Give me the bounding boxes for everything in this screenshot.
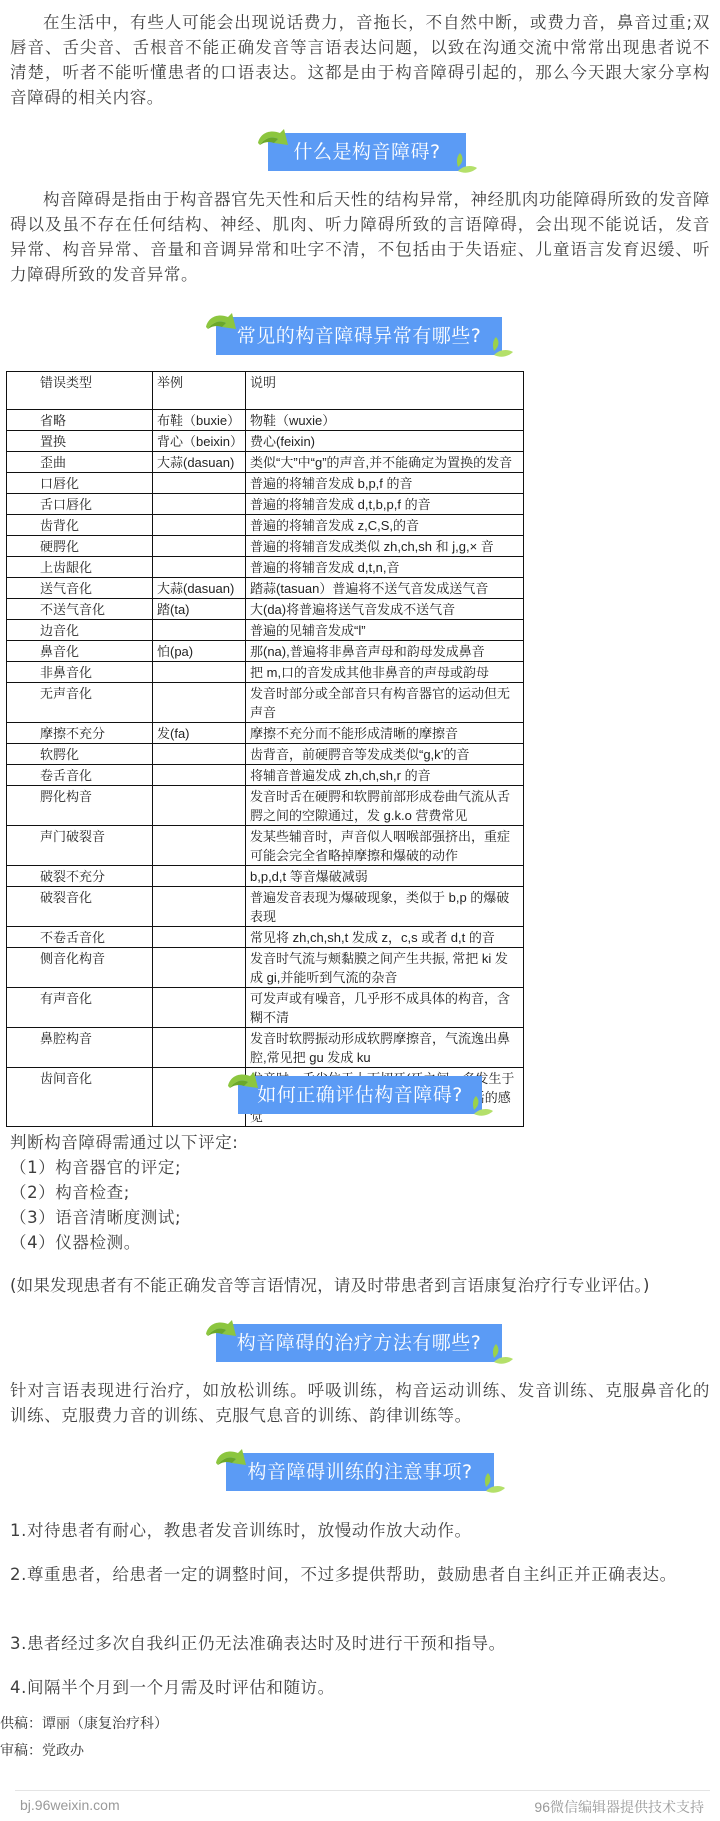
cell-description: 发音时部分或全部音只有构音器官的运动但无声音 (246, 683, 524, 723)
cell-error-type: 齿间音化 (7, 1068, 153, 1127)
table-row: 无声音化发音时部分或全部音只有构音器官的运动但无声音 (7, 683, 524, 723)
assessment-item-3: （3）语音清晰度测试; (10, 1205, 710, 1230)
table-row: 声门破裂音发某些辅音时，声音似人咽喉部强挤出，重症可能会完全省略掉摩擦和爆破的动… (7, 826, 524, 866)
table-row: 齿背化普遍的将辅音发成 z,C,S,的音 (7, 515, 524, 536)
cell-description: 发音时舌在硬腭和软腭前部形成卷曲气流从舌腭之间的空隙通过，发 g.k.o 营费常… (246, 786, 524, 826)
cell-example (153, 494, 246, 515)
cell-error-type: 边音化 (7, 620, 153, 641)
assessment-item-4: （4）仪器检测。 (10, 1230, 710, 1255)
table-header-row: 错误类型 举例 说明 (7, 372, 524, 410)
cell-error-type: 有声音化 (7, 988, 153, 1028)
cell-description: 常见将 zh,ch,sh,t 发成 z，c,s 或者 d,t 的音 (246, 927, 524, 948)
cell-error-type: 不卷舌音化 (7, 927, 153, 948)
cell-example (153, 536, 246, 557)
cell-error-type: 口唇化 (7, 473, 153, 494)
cell-error-type: 不送气音化 (7, 599, 153, 620)
heading-text: 常见的构音障碍异常有哪些? (216, 317, 502, 355)
cell-description: 发某些辅音时，声音似人咽喉部强挤出，重症可能会完全省略掉摩擦和爆破的动作 (246, 826, 524, 866)
assessment-item-1: （1）构音器官的评定; (10, 1155, 710, 1180)
cell-error-type: 置换 (7, 431, 153, 452)
table-row: 破裂音化普遍发音表现为爆破现象，类似于 b,p 的爆破表现 (7, 887, 524, 927)
footer-divider (15, 1790, 710, 1791)
heading-text: 构音障碍训练的注意事项? (226, 1453, 494, 1491)
cell-description: 可发声或有噪音，几乎形不成具体的构音，含糊不清 (246, 988, 524, 1028)
note-item-4: 4.间隔半个月到一个月需及时评估和随访。 (10, 1675, 710, 1700)
cell-error-type: 鼻腔构音 (7, 1028, 153, 1068)
cell-description: 普遍的将辅音发成 b,p,f 的音 (246, 473, 524, 494)
cell-example (153, 662, 246, 683)
cell-error-type: 舌口唇化 (7, 494, 153, 515)
cell-error-type: 省略 (7, 410, 153, 431)
cell-example: 大蒜(dasuan) (153, 578, 246, 599)
cell-description: 发音时气流与颊黏膜之间产生共振, 常把 ki 发成 gi,并能听到气流的杂音 (246, 948, 524, 988)
cell-description: 将辅音普遍发成 zh,ch,sh,r 的音 (246, 765, 524, 786)
table-row: 送气音化大蒜(dasuan)踏蒜(tasuan）普遍将不送气音发成送气音 (7, 578, 524, 599)
table-row: 口唇化普遍的将辅音发成 b,p,f 的音 (7, 473, 524, 494)
cell-example (153, 786, 246, 826)
cell-error-type: 侧音化构音 (7, 948, 153, 988)
cell-example (153, 948, 246, 988)
cell-description: 普遍的将辅音发成 d,t,n,音 (246, 557, 524, 578)
cell-description: 把 m,口的音发成其他非鼻音的声母或韵母 (246, 662, 524, 683)
cell-description: 普遍的将辅音发成 d,t,b,p,f 的音 (246, 494, 524, 515)
definition-paragraph: 构音障碍是指由于构音器官先天性和后天性的结构异常，神经肌肉功能障碍所致的发音障碍… (10, 187, 710, 287)
cell-error-type: 卷舌音化 (7, 765, 153, 786)
error-types-table: 错误类型 举例 说明 省略布鞋（buxie）物鞋（wuxie）置换背心（beix… (6, 371, 524, 1127)
section-heading-common-errors: 常见的构音障碍异常有哪些? (204, 311, 514, 351)
note-item-3: 3.患者经过多次自我纠正仍无法准确表达时及时进行干预和指导。 (10, 1631, 710, 1656)
cell-description: 齿背音，前硬腭音等发成类似“g,k’的音 (246, 744, 524, 765)
cell-description: 类似“大”中“g”的声音,并不能确定为置换的发音 (246, 452, 524, 473)
cell-error-type: 送气音化 (7, 578, 153, 599)
cell-description: 普遍的将辅音发成类似 zh,ch,sh 和 j,g,× 音 (246, 536, 524, 557)
section-heading-precautions: 构音障碍训练的注意事项? (214, 1447, 506, 1487)
cell-error-type: 软腭化 (7, 744, 153, 765)
cell-description: 普遍的见辅音发成“l” (246, 620, 524, 641)
table-row: 鼻腔构音发音时软腭振动形成软腭摩擦音，气流逸出鼻腔,常见把 gu 发成 ku (7, 1028, 524, 1068)
cell-description: 那(na),普遍将非鼻音声母和韵母发成鼻音 (246, 641, 524, 662)
table-row: 不卷舌音化常见将 zh,ch,sh,t 发成 z，c,s 或者 d,t 的音 (7, 927, 524, 948)
cell-example: 背心（beixin） (153, 431, 246, 452)
cell-error-type: 摩擦不充分 (7, 723, 153, 744)
cell-description: 摩擦不充分而不能形成清晰的摩擦音 (246, 723, 524, 744)
heading-text: 如何正确评估构音障碍? (238, 1076, 482, 1114)
table-row: 省略布鞋（buxie）物鞋（wuxie） (7, 410, 524, 431)
footer-tech-support: 96微信编辑器提供技术支持 (534, 1797, 704, 1817)
cell-error-type: 无声音化 (7, 683, 153, 723)
contributor-credit: 供稿：谭丽（康复治疗科） (0, 1713, 168, 1733)
section-heading-treatment: 构音障碍的治疗方法有哪些? (204, 1318, 514, 1358)
assessment-note: (如果发现患者有不能正确发音等言语情况，请及时带患者到言语康复治疗行专业评估。) (10, 1273, 710, 1298)
cell-error-type: 齿背化 (7, 515, 153, 536)
cell-example (153, 927, 246, 948)
cell-example: 布鞋（buxie） (153, 410, 246, 431)
header-example: 举例 (153, 372, 246, 410)
section-heading-assessment: 如何正确评估构音障碍? (226, 1070, 494, 1110)
table-row: 卷舌音化将辅音普遍发成 zh,ch,sh,r 的音 (7, 765, 524, 786)
cell-description: 普遍发音表现为爆破现象，类似于 b,p 的爆破表现 (246, 887, 524, 927)
cell-example (153, 557, 246, 578)
table-row: 边音化普遍的见辅音发成“l” (7, 620, 524, 641)
table-row: 摩擦不充分发(fa)摩擦不充分而不能形成清晰的摩擦音 (7, 723, 524, 744)
cell-description: 踏蒜(tasuan）普遍将不送气音发成送气音 (246, 578, 524, 599)
note-item-2: 2.尊重患者，给患者一定的调整时间，不过多提供帮助，鼓励患者自主纠正并正确表达。 (10, 1562, 710, 1587)
table-row: 非鼻音化把 m,口的音发成其他非鼻音的声母或韵母 (7, 662, 524, 683)
cell-error-type: 腭化构音 (7, 786, 153, 826)
cell-example: 踏(ta) (153, 599, 246, 620)
cell-example (153, 473, 246, 494)
section-heading-what-is: 什么是构音障碍? (256, 127, 478, 167)
cell-error-type: 破裂不充分 (7, 866, 153, 887)
table-row: 不送气音化踏(ta)大(da)将普遍将送气音发成不送气音 (7, 599, 524, 620)
cell-description: 大(da)将普遍将送气音发成不送气音 (246, 599, 524, 620)
treatment-paragraph: 针对言语表现进行治疗，如放松训练。呼吸训练，构音运动训练、发音训练、克服鼻音化的… (10, 1378, 710, 1428)
intro-paragraph: 在生活中，有些人可能会出现说话费力，音拖长，不自然中断，或费力音，鼻音过重;双唇… (10, 10, 710, 110)
cell-example (153, 744, 246, 765)
cell-error-type: 鼻音化 (7, 641, 153, 662)
cell-error-type: 破裂音化 (7, 887, 153, 927)
table-row: 侧音化构音发音时气流与颊黏膜之间产生共振, 常把 ki 发成 gi,并能听到气流… (7, 948, 524, 988)
cell-example (153, 826, 246, 866)
table-row: 上齿龈化普遍的将辅音发成 d,t,n,音 (7, 557, 524, 578)
cell-description: b,p,d,t 等音爆破减弱 (246, 866, 524, 887)
table-row: 置换背心（beixin）费心(feixin) (7, 431, 524, 452)
table-row: 硬腭化普遍的将辅音发成类似 zh,ch,sh 和 j,g,× 音 (7, 536, 524, 557)
table-row: 舌口唇化普遍的将辅音发成 d,t,b,p,f 的音 (7, 494, 524, 515)
cell-example: 大蒜(dasuan) (153, 452, 246, 473)
table-row: 腭化构音发音时舌在硬腭和软腭前部形成卷曲气流从舌腭之间的空隙通过，发 g.k.o… (7, 786, 524, 826)
table-row: 有声音化可发声或有噪音，几乎形不成具体的构音，含糊不清 (7, 988, 524, 1028)
reviewer-credit: 审稿：党政办 (0, 1740, 84, 1760)
assessment-intro: 判断构音障碍需通过以下评定: (10, 1130, 710, 1155)
cell-error-type: 歪曲 (7, 452, 153, 473)
cell-example (153, 1028, 246, 1068)
note-item-1: 1.对待患者有耐心，教患者发音训练时，放慢动作放大动作。 (10, 1518, 710, 1543)
cell-example (153, 515, 246, 536)
cell-error-type: 声门破裂音 (7, 826, 153, 866)
cell-example (153, 866, 246, 887)
heading-text: 什么是构音障碍? (268, 133, 466, 171)
footer-site-link[interactable]: bj.96weixin.com (20, 1797, 120, 1813)
assessment-item-2: （2）构音检查; (10, 1180, 710, 1205)
heading-text: 构音障碍的治疗方法有哪些? (216, 1324, 502, 1362)
cell-description: 费心(feixin) (246, 431, 524, 452)
cell-example (153, 620, 246, 641)
cell-example: 发(fa) (153, 723, 246, 744)
cell-error-type: 硬腭化 (7, 536, 153, 557)
cell-example (153, 887, 246, 927)
cell-error-type: 非鼻音化 (7, 662, 153, 683)
cell-description: 普遍的将辅音发成 z,C,S,的音 (246, 515, 524, 536)
header-description: 说明 (246, 372, 524, 410)
cell-example: 怕(pa) (153, 641, 246, 662)
cell-example (153, 683, 246, 723)
table-row: 鼻音化怕(pa)那(na),普遍将非鼻音声母和韵母发成鼻音 (7, 641, 524, 662)
cell-example (153, 988, 246, 1028)
table-row: 歪曲大蒜(dasuan)类似“大”中“g”的声音,并不能确定为置换的发音 (7, 452, 524, 473)
table-row: 破裂不充分b,p,d,t 等音爆破减弱 (7, 866, 524, 887)
cell-description: 物鞋（wuxie） (246, 410, 524, 431)
cell-description: 发音时软腭振动形成软腭摩擦音，气流逸出鼻腔,常见把 gu 发成 ku (246, 1028, 524, 1068)
cell-example (153, 765, 246, 786)
table-row: 软腭化齿背音，前硬腭音等发成类似“g,k’的音 (7, 744, 524, 765)
cell-error-type: 上齿龈化 (7, 557, 153, 578)
header-error-type: 错误类型 (7, 372, 153, 410)
